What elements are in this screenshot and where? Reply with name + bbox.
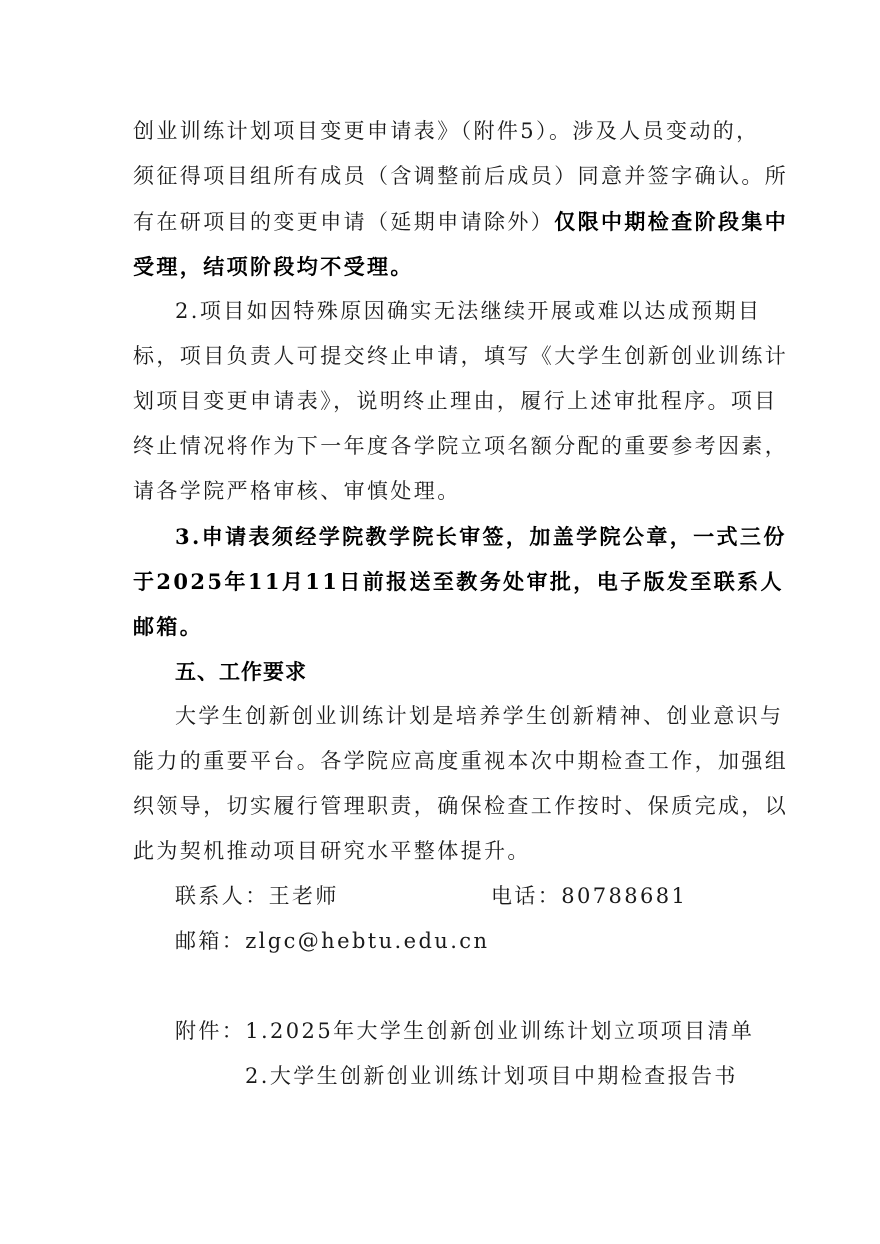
contact-person-value: 王老师	[269, 884, 339, 908]
attachment-item: 2.大学生创新创业训练计划项目中期检查报告书	[245, 1064, 738, 1088]
contact-row: 联系人：王老师 电话：80788681	[133, 874, 749, 919]
email-label: 邮箱：	[175, 929, 245, 953]
paragraph-line-bold: 受理，结项阶段均不受理。	[133, 244, 749, 289]
attachment-row: 2.大学生创新创业训练计划项目中期检查报告书	[133, 1054, 749, 1099]
item2-line: 划项目变更申请表》，说明终止理由，履行上述审批程序。项目	[133, 379, 749, 424]
paragraph-line: 有在研项目的变更申请（延期申请除外）仅限中期检查阶段集中	[133, 199, 749, 244]
contact-person: 联系人：王老师	[175, 874, 491, 919]
section5-line: 织领导，切实履行管理职责，确保检查工作按时、保质完成，以	[133, 784, 749, 829]
item2-line: 终止情况将作为下一年度各学院立项名额分配的重要参考因素，	[133, 424, 749, 469]
section5-line: 此为契机推动项目研究水平整体提升。	[133, 829, 749, 874]
section5-line: 能力的重要平台。各学院应高度重视本次中期检查工作，加强组	[133, 739, 749, 784]
bold-emphasis: 仅限中期检查阶段集中	[554, 209, 788, 234]
section5-line: 大学生创新创业训练计划是培养学生创新精神、创业意识与	[133, 694, 749, 739]
contact-phone: 电话：80788681	[491, 874, 687, 919]
document-page: 创业训练计划项目变更申请表》（附件5）。涉及人员变动的， 须征得项目组所有成员（…	[133, 109, 749, 1099]
item3-line: 3.申请表须经学院教学院长审签，加盖学院公章，一式三份	[133, 514, 749, 559]
paragraph-line: 须征得项目组所有成员（含调整前后成员）同意并签字确认。所	[133, 154, 749, 199]
attachment-row: 附件：1.2025年大学生创新创业训练计划立项项目清单	[133, 1009, 749, 1054]
item3-line: 于2025年11月11日前报送至教务处审批，电子版发至联系人	[133, 559, 749, 604]
attachments-label: 附件：	[175, 1019, 245, 1043]
email-row: 邮箱：zlgc@hebtu.edu.cn	[133, 919, 749, 964]
item2-line: 请各学院严格审核、审慎处理。	[133, 469, 749, 514]
paragraph-line: 创业训练计划项目变更申请表》（附件5）。涉及人员变动的，	[133, 109, 749, 154]
spacer	[133, 964, 749, 1009]
contact-phone-label: 电话：	[491, 884, 561, 908]
contact-phone-value: 80788681	[561, 884, 687, 908]
email-value[interactable]: zlgc@hebtu.edu.cn	[245, 929, 489, 953]
paragraph-text: 有在研项目的变更申请（延期申请除外）	[133, 210, 554, 234]
contact-person-label: 联系人：	[175, 884, 269, 908]
item2-line: 标，项目负责人可提交终止申请，填写《大学生创新创业训练计	[133, 334, 749, 379]
item2-line: 2.项目如因特殊原因确实无法继续开展或难以达成预期目	[133, 289, 749, 334]
section-heading: 五、工作要求	[133, 649, 749, 694]
item3-line: 邮箱。	[133, 604, 749, 649]
attachment-item: 1.2025年大学生创新创业训练计划立项项目清单	[245, 1019, 754, 1043]
